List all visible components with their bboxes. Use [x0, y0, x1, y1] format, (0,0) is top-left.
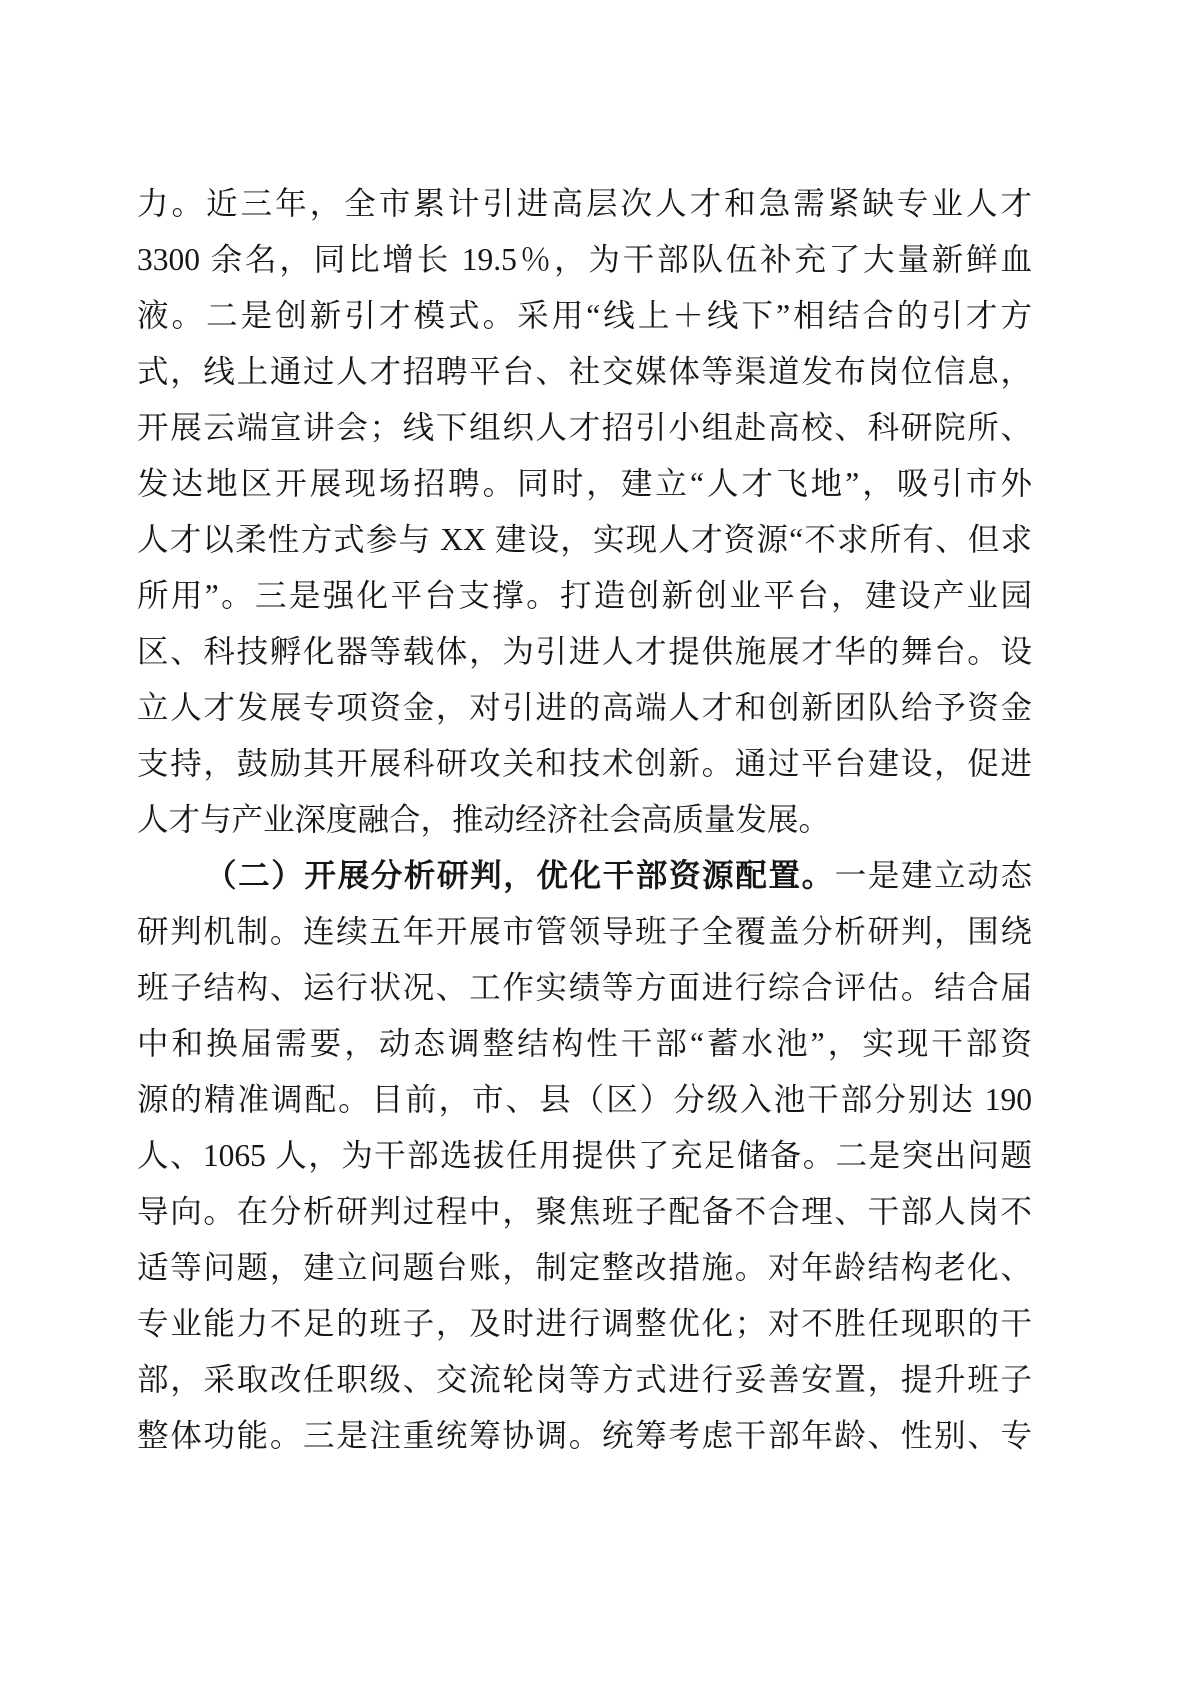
- text-line: 源的精准调配。目前，市、县（区）分级入池干部分别达 190: [137, 1072, 1032, 1128]
- text-line: 3300 余名，同比增长 19.5％，为干部队伍补充了大量新鲜血: [137, 232, 1032, 288]
- text-line: 研判机制。连续五年开展市管领导班子全覆盖分析研判，围绕: [137, 904, 1032, 960]
- text-line: 力。近三年，全市累计引进高层次人才和急需紧缺专业人才: [137, 176, 1032, 232]
- text-line: 开展云端宣讲会；线下组织人才招引小组赴高校、科研院所、: [137, 400, 1032, 456]
- document-body: 力。近三年，全市累计引进高层次人才和急需紧缺专业人才 3300 余名，同比增长 …: [137, 176, 1032, 1464]
- text-line: 人、1065 人，为干部选拔任用提供了充足储备。二是突出问题: [137, 1128, 1032, 1184]
- text-line: 区、科技孵化器等载体，为引进人才提供施展才华的舞台。设: [137, 624, 1032, 680]
- text-line: 班子结构、运行状况、工作实绩等方面进行综合评估。结合届: [137, 960, 1032, 1016]
- section-heading: （二）开展分析研判，优化干部资源配置。: [205, 858, 835, 893]
- section-heading-continuation: 一是建立动态: [835, 858, 1032, 893]
- paragraph-end-line: 人才与产业深度融合，推动经济社会高质量发展。: [137, 792, 1032, 848]
- text-line: 支持，鼓励其开展科研攻关和技术创新。通过平台建设，促进: [137, 736, 1032, 792]
- text-line: 整体功能。三是注重统筹协调。统筹考虑干部年龄、性别、专: [137, 1408, 1032, 1464]
- text-line: 人才以柔性方式参与 XX 建设，实现人才资源“不求所有、但求: [137, 512, 1032, 568]
- section-heading-line: （二）开展分析研判，优化干部资源配置。一是建立动态: [137, 848, 1032, 904]
- text-line: 专业能力不足的班子，及时进行调整优化；对不胜任现职的干: [137, 1296, 1032, 1352]
- document-page: 力。近三年，全市累计引进高层次人才和急需紧缺专业人才 3300 余名，同比增长 …: [0, 0, 1190, 1683]
- text-line: 导向。在分析研判过程中，聚焦班子配备不合理、干部人岗不: [137, 1184, 1032, 1240]
- text-line: 液。二是创新引才模式。采用“线上＋线下”相结合的引才方: [137, 288, 1032, 344]
- text-line: 适等问题，建立问题台账，制定整改措施。对年龄结构老化、: [137, 1240, 1032, 1296]
- text-line: 立人才发展专项资金，对引进的高端人才和创新团队给予资金: [137, 680, 1032, 736]
- text-line: 部，采取改任职级、交流轮岗等方式进行妥善安置，提升班子: [137, 1352, 1032, 1408]
- text-line: 所用”。三是强化平台支撑。打造创新创业平台，建设产业园: [137, 568, 1032, 624]
- text-line: 式，线上通过人才招聘平台、社交媒体等渠道发布岗位信息，: [137, 344, 1032, 400]
- text-line: 中和换届需要，动态调整结构性干部“蓄水池”，实现干部资: [137, 1016, 1032, 1072]
- text-line: 发达地区开展现场招聘。同时，建立“人才飞地”，吸引市外: [137, 456, 1032, 512]
